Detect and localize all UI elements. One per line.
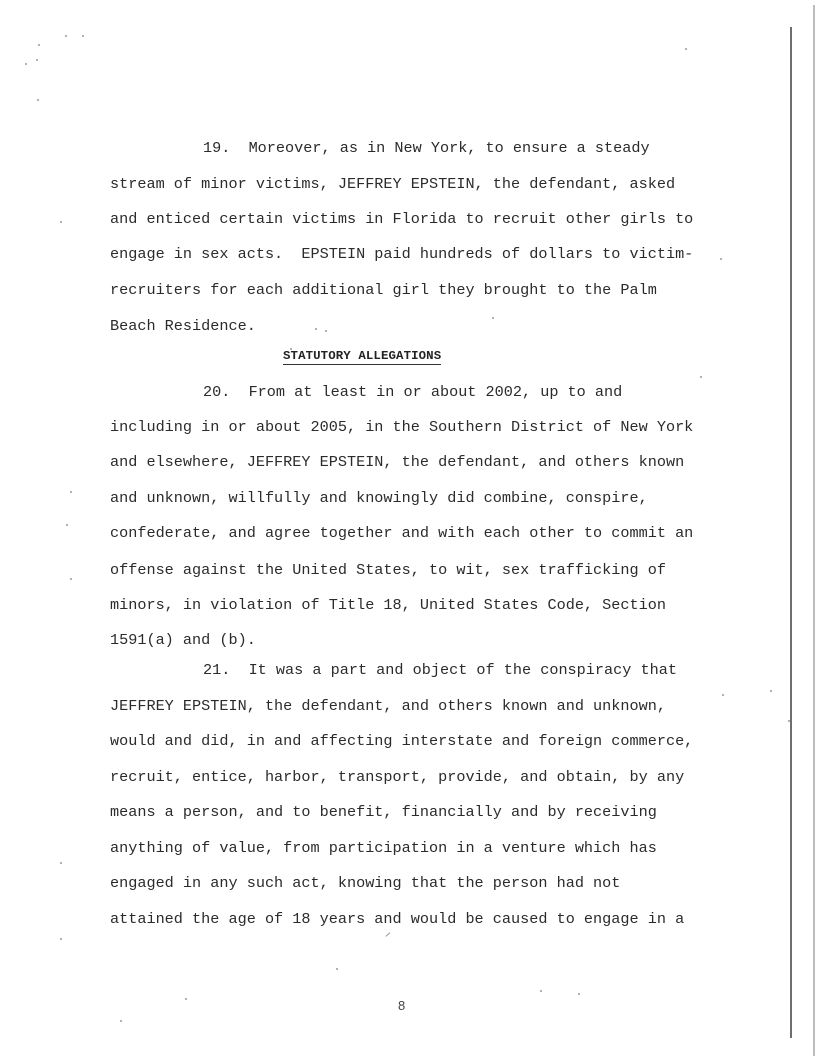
paragraph-line: stream of minor victims, JEFFREY EPSTEIN… — [110, 175, 675, 193]
scan-speck — [70, 578, 72, 580]
paragraph-line: JEFFREY EPSTEIN, the defendant, and othe… — [110, 697, 666, 715]
paragraph-line: attained the age of 18 years and would b… — [110, 910, 684, 928]
paragraph-line: and unknown, willfully and knowingly did… — [110, 489, 648, 507]
paragraph-line: offense against the United States, to wi… — [110, 561, 666, 579]
paragraph-line: engage in sex acts. EPSTEIN paid hundred… — [110, 245, 693, 263]
scan-speck — [38, 44, 40, 46]
document-page: 19. Moreover, as in New York, to ensure … — [0, 0, 817, 1056]
scan-speck — [60, 938, 62, 940]
scan-speck — [60, 221, 62, 223]
scan-speck — [25, 63, 27, 65]
scan-speck — [788, 720, 790, 722]
paragraph-line: would and did, in and affecting intersta… — [110, 732, 693, 750]
paragraph-line: 20. From at least in or about 2002, up t… — [203, 383, 622, 401]
scan-speck — [492, 317, 494, 319]
paragraph-line: confederate, and agree together and with… — [110, 524, 693, 542]
scan-speck — [36, 59, 38, 61]
paragraph-line: means a person, and to benefit, financia… — [110, 803, 657, 821]
scan-speck — [290, 348, 292, 350]
paragraph-line: and elsewhere, JEFFREY EPSTEIN, the defe… — [110, 453, 684, 471]
scan-speck — [700, 376, 702, 378]
scan-speck — [120, 1020, 122, 1022]
scan-speck — [685, 48, 687, 50]
scan-speck — [65, 35, 67, 37]
page-number: 8 — [398, 998, 405, 1013]
scan-speck — [60, 862, 62, 864]
paragraph-line: recruit, entice, harbor, transport, prov… — [110, 768, 684, 786]
scan-speck — [722, 694, 724, 696]
paragraph-line: Beach Residence. — [110, 317, 256, 335]
paragraph-line: including in or about 2005, in the South… — [110, 418, 693, 436]
scan-speck — [540, 990, 542, 992]
section-heading: STATUTORY ALLEGATIONS — [283, 348, 441, 365]
paragraph-line: 21. It was a part and object of the cons… — [203, 661, 677, 679]
scan-edge-line — [813, 5, 815, 1056]
scan-speck — [325, 330, 327, 332]
paragraph-line: recruiters for each additional girl they… — [110, 281, 657, 299]
paragraph-line: anything of value, from participation in… — [110, 839, 657, 857]
paragraph-line: 19. Moreover, as in New York, to ensure … — [203, 139, 650, 157]
scan-speck — [578, 993, 580, 995]
paragraph-line: and enticed certain victims in Florida t… — [110, 210, 693, 228]
scan-speck — [770, 690, 772, 692]
paragraph-line: minors, in violation of Title 18, United… — [110, 596, 666, 614]
scan-speck — [82, 35, 84, 37]
scan-speck — [70, 491, 72, 493]
scan-speck — [185, 998, 187, 1000]
scan-speck — [385, 932, 390, 937]
scan-edge-line — [790, 27, 792, 1038]
scan-speck — [336, 968, 338, 970]
scan-speck — [315, 328, 317, 330]
paragraph-line: engaged in any such act, knowing that th… — [110, 874, 620, 892]
scan-speck — [720, 258, 722, 260]
scan-speck — [37, 99, 39, 101]
scan-speck — [66, 524, 68, 526]
paragraph-line: 1591(a) and (b). — [110, 631, 256, 649]
